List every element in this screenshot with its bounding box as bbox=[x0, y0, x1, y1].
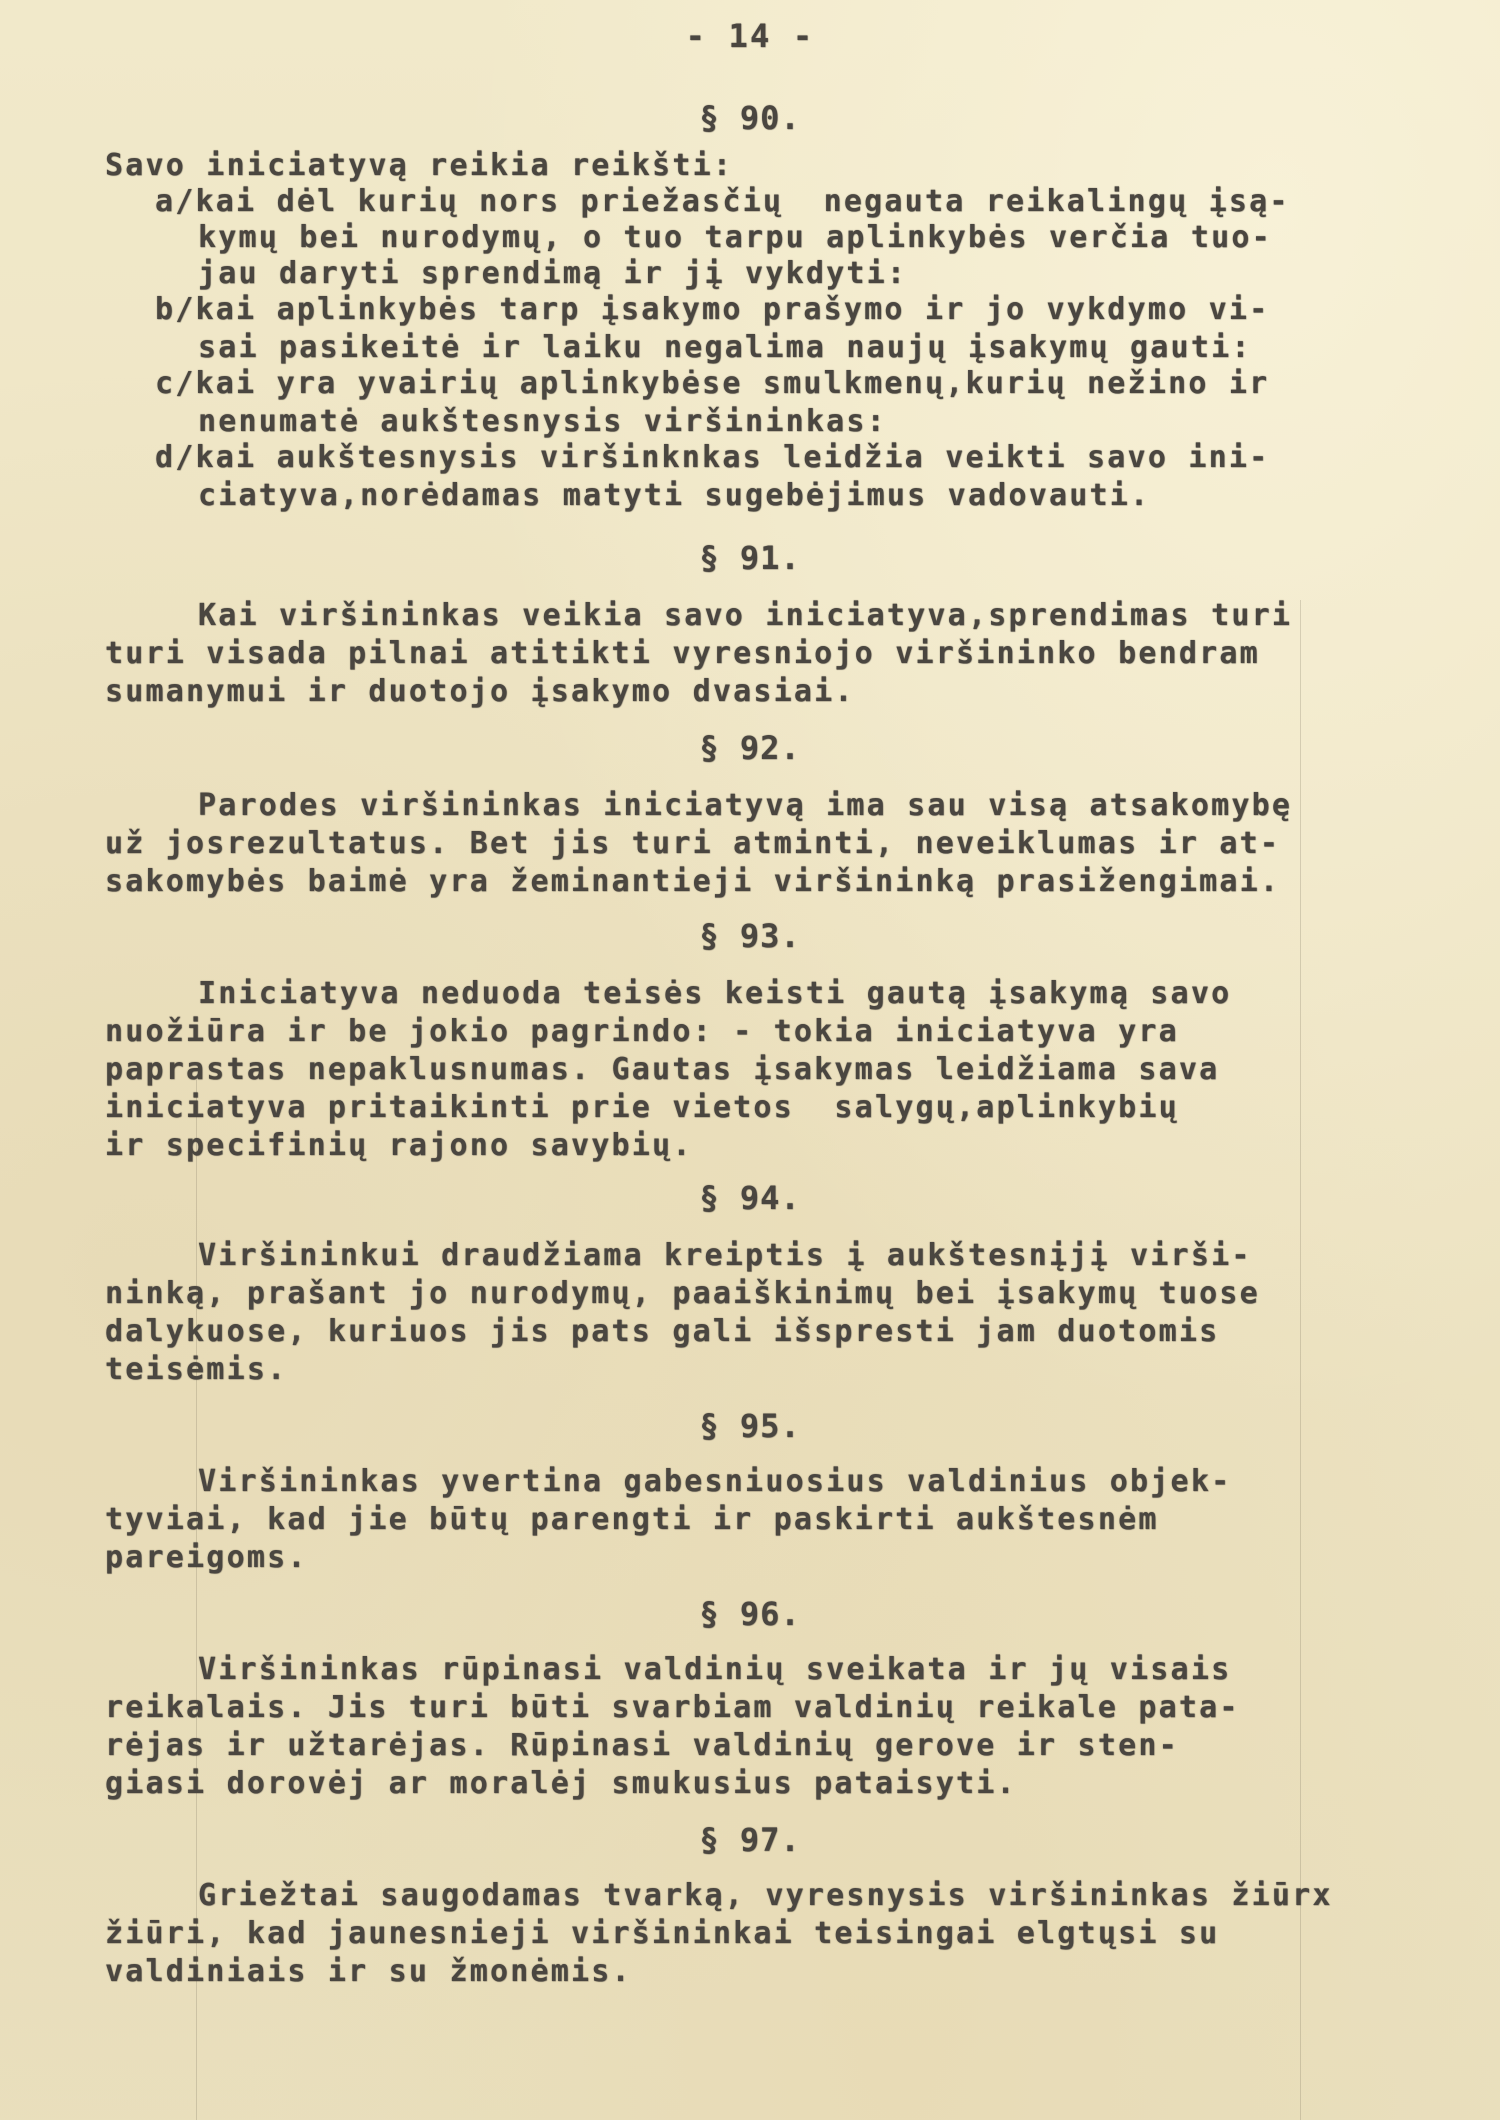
paragraph-line: ir specifinių rajono savybių. bbox=[105, 1128, 693, 1164]
paragraph-line: už josrezultatus. Bet jis turi atminti, … bbox=[105, 826, 1280, 862]
paragraph-line: dalykuose, kuriuos jis pats gali išspres… bbox=[105, 1314, 1219, 1350]
paragraph-line: paprastas nepaklusnumas. Gautas įsakymas… bbox=[105, 1052, 1219, 1088]
paragraph-line: turi visada pilnai atitikti vyresniojo v… bbox=[105, 636, 1260, 672]
list-item-d: d/kai aukštesnysis viršinknkas leidžia v… bbox=[155, 440, 1269, 476]
section-heading: § 95. bbox=[0, 1408, 1500, 1444]
paragraph-line: tyviai, kad jie būtų parengti ir paskirt… bbox=[105, 1502, 1159, 1538]
paragraph-line: Griežtai saugodamas tvarką, vyresnysis v… bbox=[198, 1878, 1333, 1914]
typewritten-page: - 14 - § 90. Savo iniciatyvą reikia reik… bbox=[0, 0, 1500, 2120]
paragraph-line: reikalais. Jis turi būti svarbiam valdin… bbox=[105, 1690, 1240, 1726]
paragraph-line: teisėmis. bbox=[105, 1352, 287, 1388]
list-item-b: b/kai aplinkybės tarp įsakymo prašymo ir… bbox=[155, 292, 1269, 328]
paragraph-line: ciatyva,norėdamas matyti sugebėjimus vad… bbox=[198, 478, 1150, 514]
paragraph-line: Kai viršininkas veikia savo iniciatyva,s… bbox=[198, 598, 1292, 634]
paragraph-line: nenumatė aukštesnysis viršininkas: bbox=[198, 404, 887, 440]
paragraph-line: Iniciatyva neduoda teisės keisti gautą į… bbox=[198, 976, 1231, 1012]
page-number: - 14 - bbox=[0, 18, 1500, 54]
paragraph-line: Viršininkas rūpinasi valdinių sveikata i… bbox=[198, 1652, 1231, 1688]
paragraph-line: Savo iniciatyvą reikia reikšti: bbox=[105, 148, 733, 184]
section-heading: § 97. bbox=[0, 1822, 1500, 1858]
section-heading: § 93. bbox=[0, 918, 1500, 954]
paragraph-line: sai pasikeitė ir laiku negalima naujų įs… bbox=[198, 330, 1252, 366]
section-heading: § 90. bbox=[0, 100, 1500, 136]
paragraph-line: valdiniais ir su žmonėmis. bbox=[105, 1954, 632, 1990]
paragraph-line: pareigoms. bbox=[105, 1540, 308, 1576]
paragraph-line: giasi dorovėj ar moralėj smukusius patai… bbox=[105, 1766, 1017, 1802]
paragraph-line: rėjas ir užtarėjas. Rūpinasi valdinių ge… bbox=[105, 1728, 1179, 1764]
paragraph-line: sakomybės baimė yra žeminantieji viršini… bbox=[105, 864, 1280, 900]
paragraph-line: iniciatyva pritaikinti prie vietos salyg… bbox=[105, 1090, 1179, 1126]
paragraph-line: kymų bei nurodymų, o tuo tarpu aplinkybė… bbox=[198, 220, 1272, 256]
paragraph-line: sumanymui ir duotojo įsakymo dvasiai. bbox=[105, 674, 855, 710]
section-heading: § 92. bbox=[0, 730, 1500, 766]
paragraph-line: nuožiūra ir be jokio pagrindo: - tokia i… bbox=[105, 1014, 1179, 1050]
paragraph-line: Viršininkui draudžiama kreiptis į aukšte… bbox=[198, 1238, 1252, 1274]
paragraph-line: Parodes viršininkas iniciatyvą ima sau v… bbox=[198, 788, 1292, 824]
paragraph-line: ninką, prašant jo nurodymų, paaiškinimų … bbox=[105, 1276, 1260, 1312]
list-item-c: c/kai yra yvairių aplinkybėse smulkmenų,… bbox=[155, 366, 1269, 402]
section-heading: § 96. bbox=[0, 1596, 1500, 1632]
list-item-a: a/kai dėl kurių nors priežasčių negauta … bbox=[155, 184, 1290, 220]
paragraph-line: jau daryti sprendimą ir jį vykdyti: bbox=[198, 256, 907, 292]
section-heading: § 94. bbox=[0, 1180, 1500, 1216]
paragraph-line: Viršininkas yvertina gabesniuosius valdi… bbox=[198, 1464, 1231, 1500]
paragraph-line: žiūri, kad jaunesnieji viršininkai teisi… bbox=[105, 1916, 1219, 1952]
section-heading: § 91. bbox=[0, 540, 1500, 576]
